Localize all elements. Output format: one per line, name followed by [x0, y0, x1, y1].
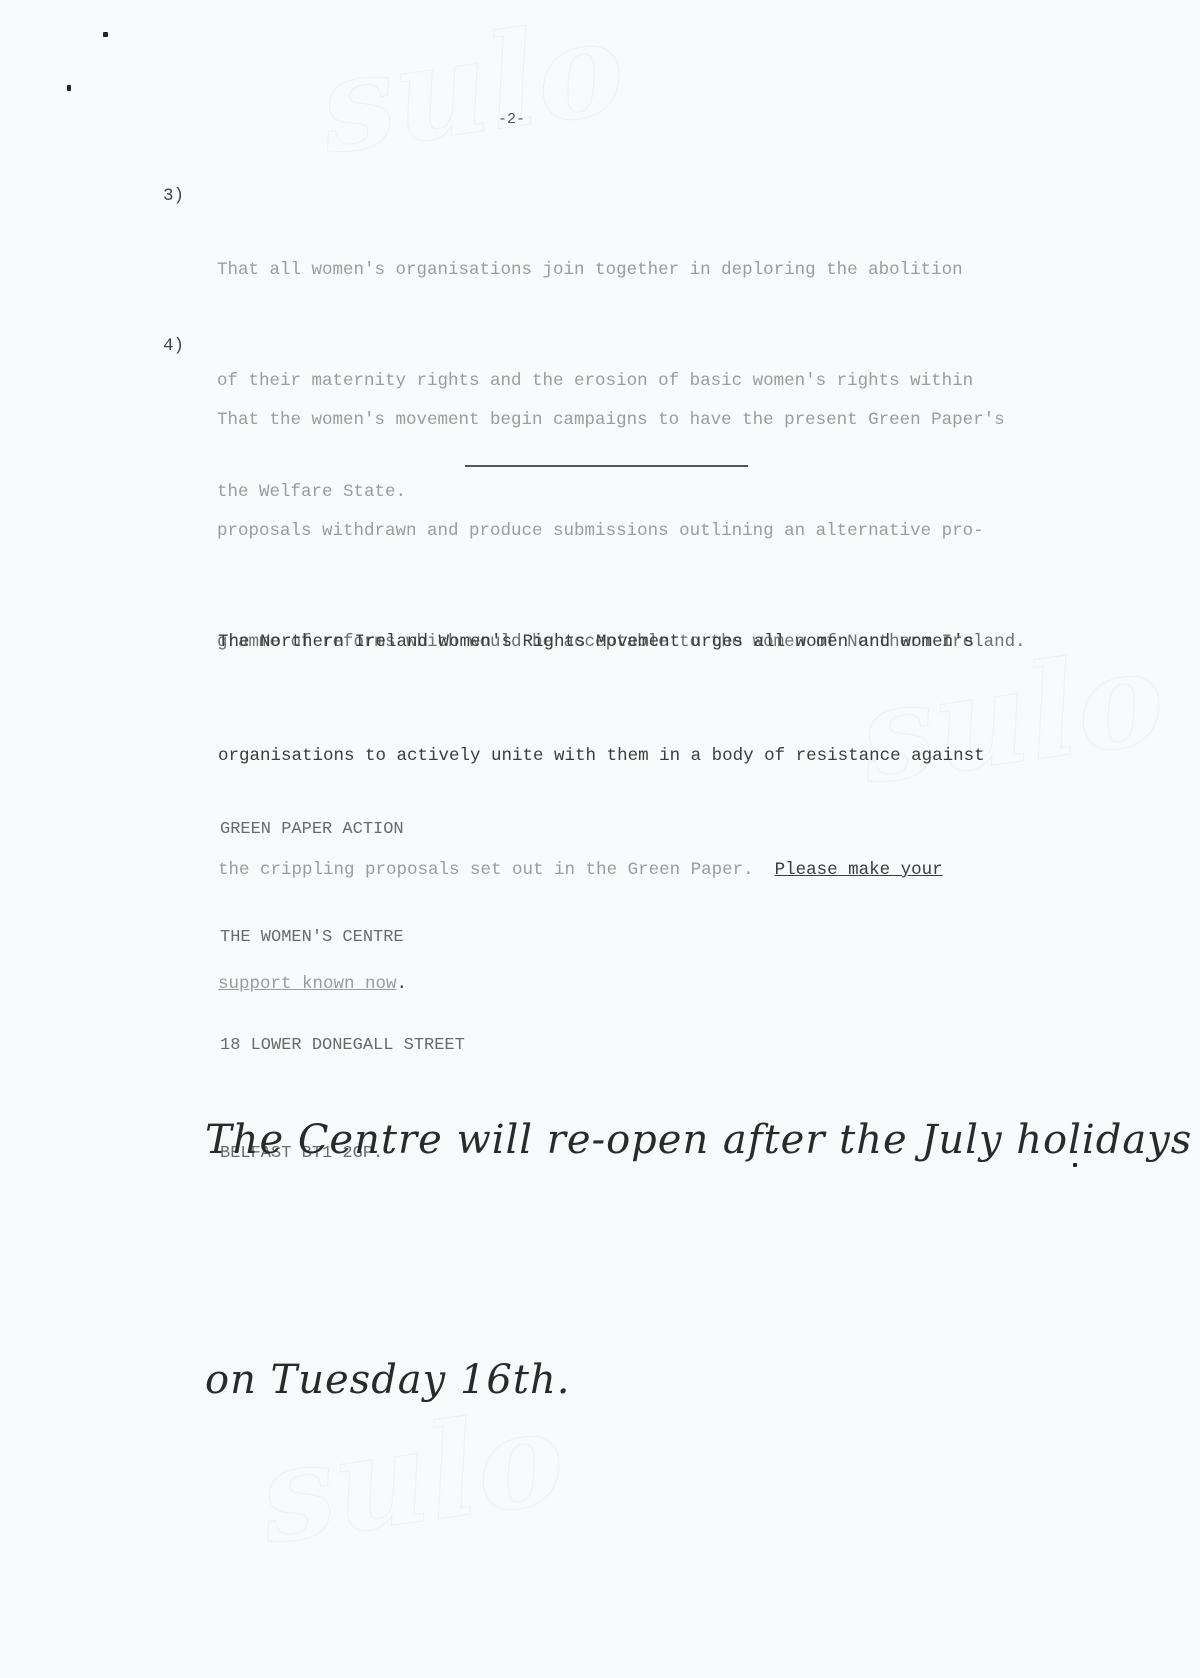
item-number: 3) [163, 178, 184, 215]
handwritten-line: on Tuesday 16th. [205, 1340, 1192, 1420]
handwritten-note: The Centre will re-open after the July h… [205, 940, 1192, 1580]
underlined-text: Please make your [775, 860, 943, 880]
handwritten-line: The Centre will re-open after the July h… [205, 1100, 1192, 1180]
section-divider [465, 465, 748, 467]
item-line: That all women's organisations join toge… [217, 252, 973, 289]
address-line: GREEN PAPER ACTION [220, 812, 465, 848]
scan-speck [103, 32, 108, 37]
document-page: sulo sulo sulo -2- 3) That all women's o… [0, 0, 1200, 1678]
page-number: -2- [498, 111, 525, 128]
item-line: proposals withdrawn and produce submissi… [217, 513, 1026, 550]
watermark-stamp: sulo [311, 0, 633, 183]
scan-speck [67, 85, 71, 91]
appeal-line: The Northern Ireland Women's Rights Move… [218, 623, 1158, 661]
item-number: 4) [163, 328, 184, 365]
item-line: That the women's movement begin campaign… [217, 402, 1026, 439]
